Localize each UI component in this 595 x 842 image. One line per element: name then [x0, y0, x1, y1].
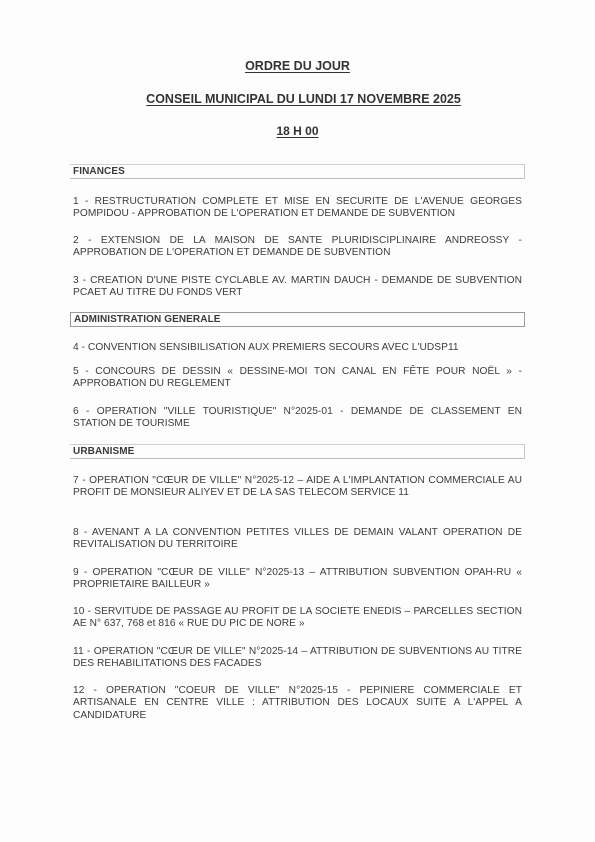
agenda-item-8: 8 - AVENANT A LA CONVENTION PETITES VILL… — [73, 527, 522, 552]
section-header-urbanisme: URBANISME — [70, 444, 525, 459]
section-header-finances: FINANCES — [70, 164, 525, 179]
document-page: ORDRE DU JOUR CONSEIL MUNICIPAL DU LUNDI… — [0, 0, 595, 842]
agenda-item-6: 6 - OPERATION "VILLE TOURISTIQUE" N°2025… — [73, 406, 522, 431]
agenda-item-12: 12 - OPERATION "COEUR DE VILLE" N°2025-1… — [73, 685, 522, 722]
agenda-item-10: 10 - SERVITUDE DE PASSAGE AU PROFIT DE L… — [73, 606, 522, 631]
agenda-item-9: 9 - OPERATION "CŒUR DE VILLE" N°2025-13 … — [73, 567, 522, 592]
agenda-item-4: 4 - CONVENTION SENSIBILISATION AUX PREMI… — [73, 342, 522, 354]
agenda-item-11: 11 - OPERATION "CŒUR DE VILLE" N°2025-14… — [73, 646, 522, 671]
agenda-item-2: 2 - EXTENSION DE LA MAISON DE SANTE PLUR… — [73, 235, 522, 260]
meeting-subtitle: CONSEIL MUNICIPAL DU LUNDI 17 NOVEMBRE 2… — [6, 92, 595, 106]
section-header-administration-generale: ADMINISTRATION GENERALE — [70, 312, 525, 327]
agenda-item-7: 7 - OPERATION "CŒUR DE VILLE" N°2025-12 … — [73, 475, 522, 500]
agenda-item-3: 3 - CREATION D'UNE PISTE CYCLABLE AV. MA… — [73, 275, 522, 300]
document-title: ORDRE DU JOUR — [0, 59, 595, 73]
agenda-item-1: 1 - RESTRUCTURATION COMPLETE ET MISE EN … — [73, 196, 522, 221]
meeting-time: 18 H 00 — [0, 124, 595, 138]
agenda-item-5: 5 - CONCOURS DE DESSIN « DESSINE-MOI TON… — [73, 366, 522, 391]
